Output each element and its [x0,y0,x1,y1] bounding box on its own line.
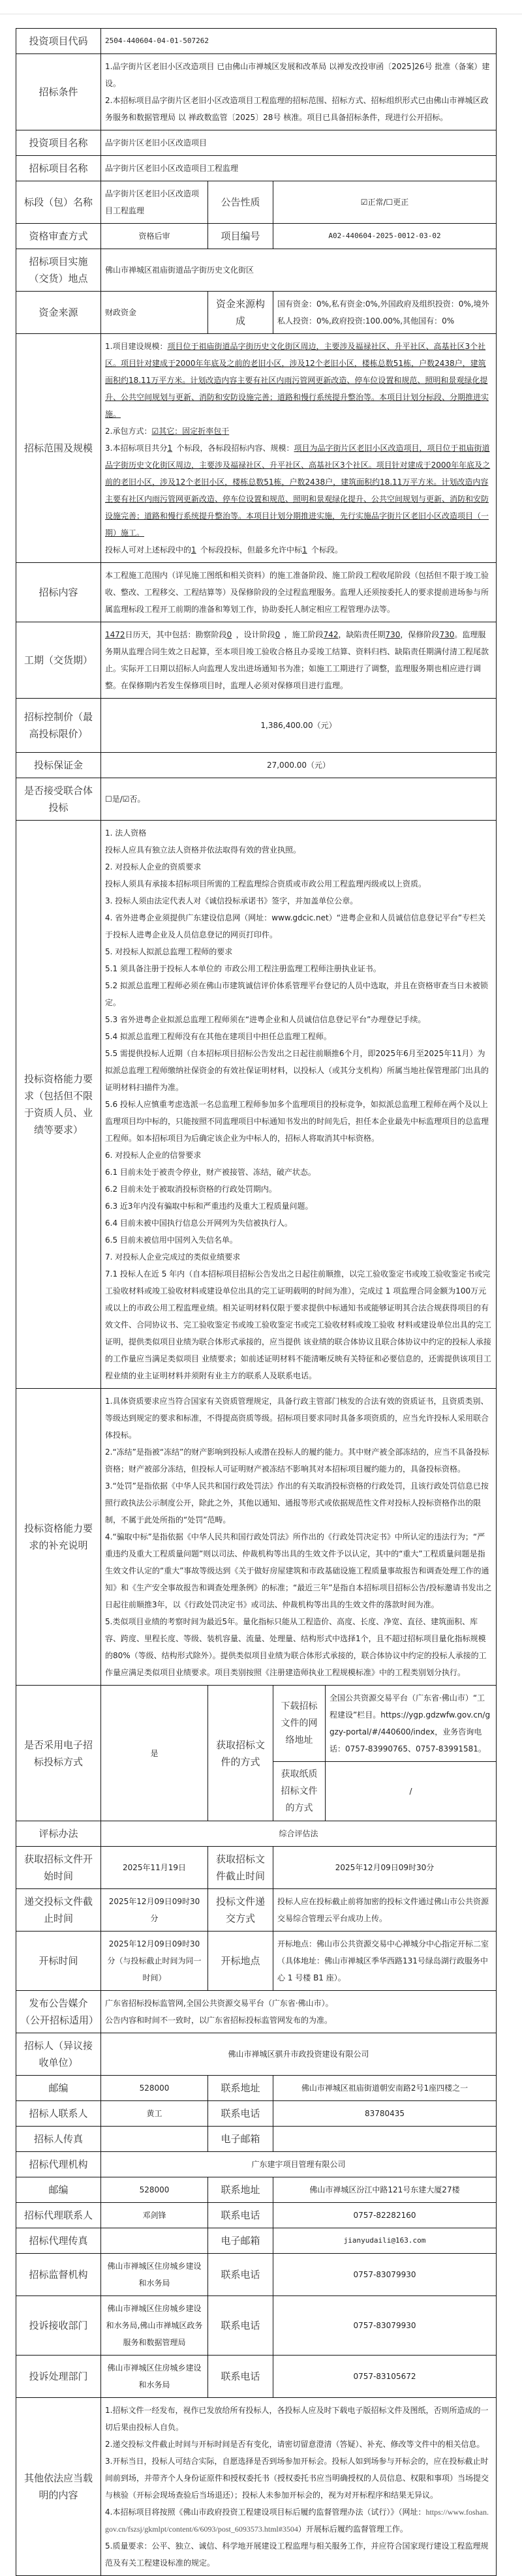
total-days: 1472 [105,630,125,639]
value-ceiling-price: 1,386,400.00（元） [101,699,497,753]
value-project-no: A02-440604-2025-0012-03-02 [273,224,497,249]
row-qual-method: 资格审查方式 资格后审 项目编号 A02-440604-2025-0012-03… [16,224,497,249]
label-complaint-recv-phone: 联系电话 [208,2296,273,2356]
value-content: 本工程施工范围内（详见施工图纸和相关资料）的施工准备阶段、施工阶段工程收尾阶段（… [101,563,497,622]
qual-item: 3. 投标人须由法定代表人对《诚信投标承诺书》签字，并加盖单位公章。 [105,892,492,909]
label-deposit: 投标保证金 [16,753,101,778]
value-agency-email[interactable]: jianyudaili@163.com [273,2228,497,2254]
supplement-item: 3.“处罚”是指依据《中华人民共和国行政处罚法》作出的有关取消投标资格的行政处罚… [105,1477,492,1528]
label-consortium: 是否接受联合体投标 [16,778,101,821]
bid-section-count: 1 [191,541,200,558]
row-fund: 资金来源 财政资金 资金来源构成 国有资金：0%,私有资金:0%,外国政府及组织… [16,292,497,334]
label-fund-source: 资金来源 [16,292,101,334]
scope-item-4-b: 个标段投标，但最多允许中标 [200,545,302,554]
value-submit-method: 投标人应在投标截止前将加密的投标文件通过佛山市公共资源交易综合管理云平台成功上传… [273,1889,497,1932]
value-open-time: 2025年12月09日09时30分（与投标截止时间为同一时间） [101,1932,208,1991]
label-scope: 招标范围及规模 [16,334,101,563]
row-qual-supplement: 投标资格能力要求的补充说明 1.具体资质要求应当符合国家有关资质管理规定，具备行… [16,1389,497,1686]
other-item-3: 3.开标当日，投标人可结合实际，自愿选择是否到场参加开标会。投标人如到场参与开标… [105,2453,492,2504]
row-scope: 招标范围及规模 1.项目建设规模：项目位于祖庙街道品字街历史文化街区周边，主要涉… [16,334,497,563]
value-deposit: 27,000.00（元） [101,753,497,778]
qual-item: 6. 对投标人企业的信誉要求 [105,1147,492,1164]
label-notice-type: 公告性质 [208,181,273,224]
design-days: 0 [275,626,284,643]
label-tenderer-email: 电子邮箱 [208,2127,273,2152]
period-text-2: ，设计阶段 [236,630,275,639]
label-qual-supplement: 投标资格能力要求的补充说明 [16,1389,101,1686]
value-agency-address: 佛山市禅城区汾江中路121号东建大厦27楼 [273,2177,497,2203]
survey-days: 0 [227,626,236,643]
value-tenderer-postcode: 528000 [101,2076,208,2101]
row-ceiling-price: 招标控制价（最高投标限价） 1,386,400.00（元） [16,699,497,753]
label-agency-address: 联系地址 [208,2177,273,2203]
label-tenderer-fax: 招标人传真 [16,2127,101,2152]
label-open-time: 开标时间 [16,1932,101,1991]
qual-item: 6.4 目前未被中国执行信息公开网列为失信被执行人。 [105,1215,492,1232]
row-other: 其他依法应当载明的内容 1.招标文件一经发布，视作已发放给所有投标人，各投标人应… [16,2398,497,2576]
qual-item: 5.2 拟派总监理工程师必须在佛山市建筑诚信评价体系管理平台登记的人员中选取，并… [105,977,492,1011]
label-agency-email: 电子邮箱 [208,2228,273,2254]
value-electronic: 是 [101,1686,208,1821]
notice-container: 投资项目代码 2504-440604-04-01-507262 招标条件 1.品… [0,14,522,2576]
qual-item: 5.5 需提供投标人近期（自本招标项目招标公告发出之日起往前顺推6个月，即202… [105,1045,492,1096]
label-agency-phone: 联系电话 [208,2203,273,2228]
row-agency-fax: 招标代理传真 电子邮箱 jianyudaili@163.com [16,2228,497,2254]
value-tenderer-email [273,2127,497,2152]
row-section: 标段（包）名称 品字街片区老旧小区改造项目工程监理 公告性质 ☑正常/☐更正 [16,181,497,224]
value-submit-deadline: 2025年12月09日09时30分 [101,1889,208,1932]
label-invest-name: 投资项目名称 [16,130,101,156]
value-project-code: 2504-440604-04-01-507262 [101,29,497,54]
row-agency-postcode: 邮编 528000 联系地址 佛山市禅城区汾江中路121号东建大厦27楼 [16,2177,497,2203]
label-tenderer-address: 联系地址 [208,2076,273,2101]
label-tenderer-contact: 招标人联系人 [16,2101,101,2127]
row-agency: 招标代理机构 广东建宇项目管理有限公司 [16,2152,497,2177]
label-agency: 招标代理机构 [16,2152,101,2177]
qual-item: 投标人应具有独立法人资格并依法取得有效的营业执照。 [105,841,492,858]
value-location: 佛山市禅城区祖庙街道品字街历史文化街区 [101,249,497,292]
label-obtain-method: 获取招标文件的方式 [208,1686,273,1821]
supplement-item: 1.具体资质要求应当符合国家有关资质管理规定，具备行政主管部门核发的合法有效的资… [105,1393,492,1444]
value-tenderer-address: 佛山市禅城区祖庙街道朝安南路2号1座四楼之一 [273,2076,497,2101]
value-complaint-recv-phone: 0757-83079930 [273,2296,497,2356]
section-count: 1 [167,440,176,457]
row-electronic: 是否采用电子招标投标方式 是 获取招标文件的方式 下载招标文件的网络地址 全国公… [16,1686,497,1762]
scope-item-3-mid: 个标段，各标段招标内容、规模： [176,444,294,453]
label-fund-structure: 资金来源构成 [208,292,273,334]
qual-item: 1. 法人资格 [105,825,492,841]
other-item-4: 4.本招标项目将按照《佛山市政府投资工程建设项目标后履约监督管理办法（试行）》（… [105,2504,492,2538]
scope-item-2-text: ☑其它：固定折率包干 [151,427,229,436]
row-deposit: 投标保证金 27,000.00（元） [16,753,497,778]
qual-item: 7.1 投标人在近 5 年内（自本招标项目招标公告发出之日起往前顺推，以完工验收… [105,1265,492,1384]
label-section-name: 标段（包）名称 [16,181,101,224]
value-open-place: 开标地点：佛山市公共资源交易中心禅城分中心指定开标二室（具体地址：佛山市禅城区季… [273,1932,497,1991]
label-complaint-recv: 投诉接收部门 [16,2296,101,2356]
label-paper-method: 获取纸质招标文件的方式 [273,1762,326,1821]
value-obtain-end: 2025年12月09日09时30分 [273,1847,497,1889]
label-agency-contact: 招标代理联系人 [16,2203,101,2228]
value-other: 1.招标文件一经发布，视作已发放给所有投标人，各投标人应及时下载电子版招标文件及… [101,2398,497,2576]
qual-item: 5.1 须具备注册于投标人本单位的 市政公用工程注册监理工程师注册执业证书。 [105,960,492,977]
row-content: 招标内容 本工程施工范围内（详见施工图纸和相关资料）的施工准备阶段、施工阶段工程… [16,563,497,622]
label-complaint-handle-phone: 联系电话 [208,2356,273,2398]
label-tenderer-postcode: 邮编 [16,2076,101,2101]
value-scope: 1.项目建设规模：项目位于祖庙街道品字街历史文化街区周边，主要涉及福禄社区、升平… [101,334,497,563]
label-other: 其他依法应当载明的内容 [16,2398,101,2576]
period-text-3: ，施工阶段 [284,630,324,639]
value-agency-postcode: 528000 [101,2177,208,2203]
row-complaint-recv: 投诉接收部门 佛山市禅城区住房城乡建设和水务局,佛山市禅城区政务服务和数据管理局… [16,2296,497,2356]
row-obtain-time: 获取招标文件开始时间 2025年11月19日 获取招标文件截止时间 2025年1… [16,1847,497,1889]
qual-item: 6.5 目前未被信用中国列入失信名单。 [105,1232,492,1249]
label-tenderer: 招标人（异议接收单位） [16,2033,101,2076]
scope-item-3-prefix: 3.本招标项目共分 [105,444,167,453]
qual-item: 4. 省外进粤企业须提供广东建设信息网（网址：www.gdcic.net）“进粤… [105,909,492,943]
label-download-url: 下载招标文件的网络地址 [273,1686,326,1762]
row-tenderer: 招标人（异议接收单位） 佛山市禅城区骐升市政投资建设有限公司 [16,2033,497,2076]
period-text-5: ，保修阶段 [400,630,439,639]
period-text-1: 日历天，其中包括：勘察阶段 [125,630,227,639]
value-complaint-handle: 佛山市禅城区住房城乡建设和水务局 [101,2356,208,2398]
media-line: 公告内容和时间不一致时，以广东省招标投标监管网发布的为准。 [105,2012,492,2029]
value-complaint-recv: 佛山市禅城区住房城乡建设和水务局,佛山市禅城区政务服务和数据管理局 [101,2296,208,2356]
value-fund-source: 财政资金 [101,292,208,334]
row-submit: 递交投标文件截止时间 2025年12月09日09时30分 投标文件递交方式 投标… [16,1889,497,1932]
value-qual-method: 资格后审 [101,224,208,249]
warranty-days: 730 [439,626,454,643]
qual-item: 6.3 近3年内没有骗取中标和严重违约及重大工程质量问题。 [105,1198,492,1215]
value-qualification: 1. 法人资格 投标人应具有独立法人资格并依法取得有效的营业执照。 2. 对投标… [101,821,497,1389]
label-supervisor: 招标监督机构 [16,2254,101,2296]
label-content: 招标内容 [16,563,101,622]
row-tender-name: 招标项目名称 品字街片区老旧小区改造项目工程监理 [16,156,497,181]
condition-item-1: 1.品字街片区老旧小区改造项目 已由佛山市禅城区发展和改革局 以禅发改投审函〔2… [105,58,492,92]
label-obtain-end: 获取招标文件截止时间 [208,1847,273,1889]
scope-item-1-text: 项目位于祖庙街道品字街历史文化街区周边，主要涉及福禄社区、升平社区、高基社区3个… [105,342,489,419]
scope-item-2: 2.承包方式：☑其它：固定折率包干 [105,423,492,440]
value-tenderer-fax [101,2127,208,2152]
label-tenderer-phone: 联系电话 [208,2101,273,2127]
value-tender-name: 品字街片区老旧小区改造项目工程监理 [101,156,497,181]
value-invest-name: 品字街片区老旧小区改造项目 [101,130,497,156]
label-submit-deadline: 递交投标文件截止时间 [16,1889,101,1932]
value-consortium: ☐是/☑否。 [101,778,497,821]
label-project-no: 项目编号 [208,224,273,249]
qual-item: 7. 对投标人企业完成过的类似业绩要求 [105,1249,492,1265]
qual-item: 5.6 投标人应慎重考虑选派一名总监理工程师参加多个监理项目的投标竞争，如拟派总… [105,1096,492,1147]
scope-item-1-prefix: 1.项目建设规模： [105,342,167,351]
scope-item-4-c: 个标段。 [311,545,343,554]
scope-item-3-text: 项目为品字街片区老旧小区改造项目，项目位于祖庙街道品字街历史文化街区周边，主要涉… [105,444,490,538]
row-period: 工期（交货期） 1472日历天，其中包括：勘察阶段0，设计阶段0，施工阶段742… [16,622,497,699]
value-notice-type: ☑正常/☐更正 [273,181,497,224]
row-tenderer-postcode: 邮编 528000 联系地址 佛山市禅城区祖庙街道朝安南路2号1座四楼之一 [16,2076,497,2101]
supplement-item: 4.“骗取中标”是指依据《中华人民共和国行政处罚法》所作出的《行政处罚决定书》中… [105,1528,492,1613]
value-agency-phone: 0757-82282160 [273,2203,497,2228]
media-line: 广东省招标投标监管网,全国公共资源交易平台（广东省·佛山市）。 [105,1995,492,2012]
top-bar [0,0,522,14]
row-eval-method: 评标办法 综合评估法 [16,1821,497,1847]
value-download-url[interactable]: 全国公共资源交易平台（广东省·佛山市）“工程建设”栏目。https://ygp.… [326,1686,497,1762]
label-qualification: 投标资格能力要求（包括但不限于资质人员、业绩等要求） [16,821,101,1389]
label-period: 工期（交货期） [16,622,101,699]
qual-item: 6.1 目前未处于被责令停业，财产被接管、冻结，破产状态。 [105,1164,492,1181]
label-location: 招标项目实施（交货）地点 [16,249,101,292]
other-item-2: 2.递交投标文件截止时间与开标时间是否有变化，请密切留意澄清（答疑）、补充、修改… [105,2436,492,2453]
value-fund-structure: 国有资金：0%,私有资金:0%,外国政府及组织投资：0%,境外私人投资：0%,政… [273,292,497,334]
tender-notice-table: 投资项目代码 2504-440604-04-01-507262 招标条件 1.品… [16,28,497,2576]
other-item-1: 1.招标文件一经发布，视作已发放给所有投标人，各投标人应及时下载电子版招标文件及… [105,2402,492,2436]
other-item-4-prefix: 4.本招标项目将按照《佛山市政府投资工程建设项目标后履约监督管理办法（试行）》（… [105,2508,425,2517]
row-media: 发布公告媒介（公开招标适用） 广东省招标投标监管网,全国公共资源交易平台（广东省… [16,1991,497,2033]
label-qual-method: 资格审查方式 [16,224,101,249]
value-tenderer-phone: 83780435 [273,2101,497,2127]
value-eval-method: 综合评估法 [101,1821,497,1847]
label-tender-name: 招标项目名称 [16,156,101,181]
row-consortium: 是否接受联合体投标 ☐是/☑否。 [16,778,497,821]
label-supervisor-phone: 联系电话 [208,2254,273,2296]
other-item-5: 5.质量要求：公平、独立、诚信、科学地开展建设工程监理与相关服务工作，并应符合国… [105,2538,492,2571]
qual-item: 2. 对投标人企业的资质要求 [105,858,492,875]
row-agency-contact: 招标代理联系人 邓剑锋 联系电话 0757-82282160 [16,2203,497,2228]
scope-item-4-a: 投标人可对上述标段中的 [105,545,191,554]
supplement-item: 5.类似项目业绩的考察时间为最近5年。量化指标只能从工程造价、高度、长度、净宽、… [105,1613,492,1681]
label-electronic: 是否采用电子招标投标方式 [16,1686,101,1821]
supplement-item: 2.“冻结”是指被“冻结”的财产影响到投标人或潜在投标人的履约能力。其中财产被全… [105,1444,492,1477]
scope-item-1: 1.项目建设规模：项目位于祖庙街道品字街历史文化街区周边，主要涉及福禄社区、升平… [105,338,492,423]
value-complaint-handle-phone: 0757-83105672 [273,2356,497,2398]
qual-item: 投标人须具有承接本招标项目所需的工程监理综合资质或市政公用工程监理丙级或以上资质… [105,875,492,892]
scope-item-3: 3.本招标项目共分1个标段，各标段招标内容、规模：项目为品字街片区老旧小区改造项… [105,440,492,541]
value-media: 广东省招标投标监管网,全国公共资源交易平台（广东省·佛山市）。 公告内容和时间不… [101,1991,497,2033]
win-section-count: 1 [302,541,311,558]
period-text-4: ，缺陷责任期 [339,630,386,639]
label-project-code: 投资项目代码 [16,29,101,54]
value-tenderer: 佛山市禅城区骐升市政投资建设有限公司 [101,2033,497,2076]
row-complaint-handle: 投诉处理部门 佛山市禅城区住房城乡建设和水务局 联系电话 0757-831056… [16,2356,497,2398]
label-complaint-handle: 投诉处理部门 [16,2356,101,2398]
qual-item: 5. 对投标人拟派总监理工程师的要求 [105,943,492,960]
qual-item: 5.4 拟派总监理工程师没有在其他在建项目中担任总监理工程师。 [105,1028,492,1045]
scope-item-2-prefix: 2.承包方式： [105,427,151,436]
label-eval-method: 评标办法 [16,1821,101,1847]
value-qual-supplement: 1.具体资质要求应当符合国家有关资质管理规定，具备行政主管部门核发的合法有效的资… [101,1389,497,1686]
row-tenderer-fax: 招标人传真 电子邮箱 [16,2127,497,2152]
label-submit-method: 投标文件递交方式 [208,1889,273,1932]
value-period: 1472日历天，其中包括：勘察阶段0，设计阶段0，施工阶段742，缺陷责任期73… [101,622,497,699]
value-tenderer-contact: 黄工 [101,2101,208,2127]
value-section-name: 品字街片区老旧小区改造项目工程监理 [101,181,208,224]
label-conditions: 招标条件 [16,54,101,130]
qual-item: 5.3 省外进粤企业拟派总监理工程师须在“进粤企业和人员诚信信息登记平台”办理登… [105,1011,492,1028]
value-supervisor: 佛山市禅城区住房城乡建设和水务局 [101,2254,208,2296]
label-agency-fax: 招标代理传真 [16,2228,101,2254]
value-obtain-start: 2025年11月19日 [101,1847,208,1889]
qual-item: 6.2 目前未处于被取消投标资格的行政处罚期内。 [105,1181,492,1198]
condition-item-2: 2.本招标项目品字街片区老旧小区改造项目工程监理的招标范围、招标方式、招标组织形… [105,92,492,126]
row-project-code: 投资项目代码 2504-440604-04-01-507262 [16,29,497,54]
row-open: 开标时间 2025年12月09日09时30分（与投标截止时间为同一时间） 开标地… [16,1932,497,1991]
value-paper-method: / [326,1762,497,1821]
value-conditions: 1.品字街片区老旧小区改造项目 已由佛山市禅城区发展和改革局 以禅发改投审函〔2… [101,54,497,130]
row-invest-name: 投资项目名称 品字街片区老旧小区改造项目 [16,130,497,156]
label-ceiling-price: 招标控制价（最高投标限价） [16,699,101,753]
row-tenderer-contact: 招标人联系人 黄工 联系电话 83780435 [16,2101,497,2127]
row-supervisor: 招标监督机构 佛山市禅城区住房城乡建设和水务局 联系电话 0757-830799… [16,2254,497,2296]
label-obtain-start: 获取招标文件开始时间 [16,1847,101,1889]
row-qualification: 投标资格能力要求（包括但不限于资质人员、业绩等要求） 1. 法人资格 投标人应具… [16,821,497,1389]
label-media: 发布公告媒介（公开招标适用） [16,1991,101,2033]
label-open-place: 开标地点 [208,1932,273,1991]
defect-days: 730 [386,626,401,643]
row-conditions: 招标条件 1.品字街片区老旧小区改造项目 已由佛山市禅城区发展和改革局 以禅发改… [16,54,497,130]
construction-days: 742 [324,626,339,643]
value-supervisor-phone: 0757-83079930 [273,2254,497,2296]
value-agency-contact: 邓剑锋 [101,2203,208,2228]
value-agency-fax [101,2228,208,2254]
row-location: 招标项目实施（交货）地点 佛山市禅城区祖庙街道品字街历史文化街区 [16,249,497,292]
value-agency: 广东建宇项目管理有限公司 [101,2152,497,2177]
label-agency-postcode: 邮编 [16,2177,101,2203]
other-item-4-suffix: ）开展标后履约监督管理工作。 [298,2524,408,2534]
scope-item-4: 投标人可对上述标段中的1个标段投标，但最多允许中标1个标段。 [105,541,492,558]
